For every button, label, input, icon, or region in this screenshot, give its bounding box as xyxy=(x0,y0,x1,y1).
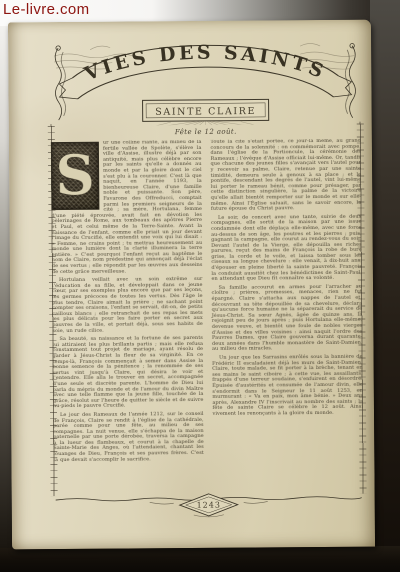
feast-day-line: Fête le 12 août. xyxy=(51,126,361,138)
body-paragraph: Sur une colline riante, au milieu de la … xyxy=(51,140,203,275)
banner-ribbon: VIES DES SAINTS xyxy=(59,40,351,99)
footer-rule: 1243 xyxy=(54,492,364,521)
column-left: Sur une colline riante, au milieu de la … xyxy=(51,140,204,493)
body-paragraph: Toute la cité s'était portée, ce jour-là… xyxy=(210,139,361,213)
scanner-background-bottom xyxy=(0,546,400,572)
body-paragraph: Sa famille accourut en armes pour l'arra… xyxy=(212,285,363,353)
page-number: 1243 xyxy=(197,501,221,510)
column-right: Toute la cité s'était portée, ce jour-là… xyxy=(210,139,363,492)
title-plaque: SAINTE CLAIRE xyxy=(143,99,269,121)
scanned-book-page-photo: Le-livre.com xyxy=(0,0,400,572)
body-paragraph: Le soir, de concert avec une tante, suiv… xyxy=(211,214,362,282)
dropcap-initial: S xyxy=(51,142,100,210)
body-paragraph: Un jour que les Sarrasins enrôlés sous l… xyxy=(212,355,363,418)
body-paragraph: Sa beauté, sa naissance et la fortune de… xyxy=(52,336,203,410)
plaque-title: SAINTE CLAIRE xyxy=(155,106,256,118)
paper-page: VIES DES SAINTS xyxy=(8,20,375,550)
text-columns: Sur une colline riante, au milieu de la … xyxy=(51,139,364,493)
printed-block: VIES DES SAINTS xyxy=(50,24,364,526)
body-paragraph: Hortulana veillait avec un soin extrême … xyxy=(52,277,203,334)
page-number-cartouche: 1243 xyxy=(180,494,238,516)
body-paragraph: Le jour des Rameaux de l'année 1212, sur… xyxy=(53,412,204,464)
header-vignette: VIES DES SAINTS xyxy=(50,24,361,126)
watermark-text: Le-livre.com xyxy=(3,1,90,18)
